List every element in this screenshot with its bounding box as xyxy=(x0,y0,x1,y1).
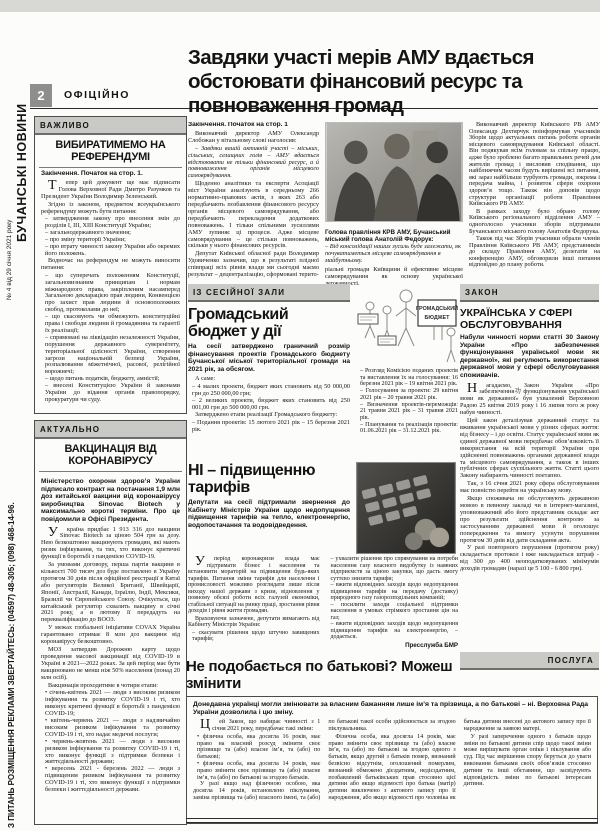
list-item: – Планування та реалізація проектів: 01.… xyxy=(356,422,458,435)
list-item: – спрямовані на ліквідацію незалежності … xyxy=(41,335,180,376)
list-item: – ухвалити рішення про спрямування на по… xyxy=(327,556,459,582)
ad-contact: З ПИТАНЬ РОЗМІЩЕННЯ РЕКЛАМИ ЗВЕРТАЙТЕСЬ:… xyxy=(7,502,16,828)
referendum-title: ВИБИРАТИМЕМО НА РЕФЕРЕНДУМІ xyxy=(39,135,182,168)
tariffs-lead: Депутати на сесії підтримали звернення д… xyxy=(188,499,350,529)
list-item: – вжити відповідних заходів щодо недопущ… xyxy=(327,582,459,602)
paragraph: У межах глобальної ініціативи COVAX Укра… xyxy=(41,625,180,646)
paper-name: БУЧАНСЬКІ НОВИНИ xyxy=(15,103,29,242)
language-law-article: ЗАКОН УКРАЇНСЬКА У СФЕРІ ОБСЛУГОВУВАННЯ … xyxy=(460,284,599,646)
paragraph: МОЗ затвердив Дорожню карту щодо проведе… xyxy=(41,647,180,682)
paragraph: Якщо споживача не обслуговують державною… xyxy=(460,496,599,544)
paragraph: Україна придбає 1 913 316 доз вакцини Si… xyxy=(41,527,180,562)
list-item: • вересень 2021 - березень 2022 — люди з… xyxy=(41,766,180,794)
list-item: – 2 великих проекти, бюджет яких станови… xyxy=(188,398,350,412)
paragraph: Затверджено етапи реалізації Громадськог… xyxy=(188,412,350,419)
paragraph: А саме: xyxy=(188,376,350,383)
budget-article: ІЗ СЕСІЙНОЇ ЗАЛИ Громадський бюджет у ді… xyxy=(188,284,458,460)
paragraph: Водночас на референдум не можуть виносит… xyxy=(41,258,180,272)
main-headline: Завдяки участі мерів АМУ вдається обстою… xyxy=(188,46,600,118)
patronymic-article: Не подобається по батькові? Можеш змінит… xyxy=(186,656,598,824)
calculator-photo xyxy=(356,462,456,554)
paragraph: В рамках заходу було обрано голову Київс… xyxy=(469,209,600,235)
list-item: – вжити відповідних заходів щодо недопущ… xyxy=(327,621,459,641)
budget-illustration: ГРОМАДСЬКИЙ БЮДЖЕТ xyxy=(356,284,458,368)
paragraph: Виконавчий директор Київського РВ АМУ Ол… xyxy=(469,122,600,208)
tariffs-article: НІ – підвищенню тарифів Депутати на сесі… xyxy=(188,462,458,656)
quote-paragraph: – Завдяки вашій активній участі – міськи… xyxy=(188,146,319,181)
budget-sign-line2: БЮДЖЕТ xyxy=(425,315,451,321)
budget-sign-line1: ГРОМАДСЬКИЙ xyxy=(416,304,458,312)
list-item: – внесені Конституцією України й законам… xyxy=(41,383,180,404)
continuation-note: Закінчення. Початок на стор. 1. xyxy=(41,171,180,178)
rubric-zakon: ЗАКОН xyxy=(460,284,599,302)
paragraph: За умовами договору, перша партія вакцин… xyxy=(41,562,180,624)
list-item: – Визначення проектів-переможців: 21 тра… xyxy=(356,402,458,422)
list-item: • фізична особа, яка досягла 14 років, м… xyxy=(193,761,320,781)
paragraph: У разі заперечення одного з батьків щодо… xyxy=(464,734,591,788)
rubric-session: ІЗ СЕСІЙНОЇ ЗАЛИ xyxy=(188,284,350,302)
paragraph: Цей закон деталізував державний статус т… xyxy=(460,418,599,480)
vaccination-title: ВАКЦИНАЦІЯ ВІД КОРОНАВІРУСУ xyxy=(39,439,182,472)
caption-quote: – Від консолідації наших зусиль буде зал… xyxy=(325,243,463,264)
scan-edge xyxy=(0,0,600,12)
paragraph: Тепер цей документ ще має підписати Голо… xyxy=(41,180,180,201)
vaccination-article: АКТУАЛЬНО ВАКЦИНАЦІЯ ВІД КОРОНАВІРУСУ Мі… xyxy=(34,420,187,825)
list-item: – скасувати рішення щодо штучно завищени… xyxy=(188,630,320,643)
list-item: – затвердження закону про внесення змін … xyxy=(41,216,180,230)
paragraph: Так, з 16 січня 2021 року сфера обслугов… xyxy=(460,481,599,495)
list-item: – Голосування за проекти: 29 квітня 2021… xyxy=(356,388,458,401)
paragraph: У разі повторного порушення (протягом ро… xyxy=(460,545,599,573)
list-item: • січень-квітень 2021 — люди з високим р… xyxy=(41,690,180,718)
meeting-photo xyxy=(325,122,463,222)
paragraph: Депутат Київської обласної ради Володими… xyxy=(188,251,319,279)
list-item: – Подання проектів: 15 лютого 2021 рік –… xyxy=(188,420,350,434)
section-label: ОФІЦІЙНО xyxy=(64,89,130,101)
paragraph: У період коронакризи влада має підтримат… xyxy=(188,556,320,615)
list-item: – що скасовують чи обмежують конституцій… xyxy=(41,314,180,335)
patronymic-title: Не подобається по батькові? Можеш змінит… xyxy=(186,658,486,692)
list-item: – 4 малих проекти, бюджет яких становить… xyxy=(188,384,350,398)
edition-info: № 4 від 29 січня 2021 року xyxy=(6,220,13,300)
newspaper-page: БУЧАНСЬКІ НОВИНИ № 4 від 29 січня 2021 р… xyxy=(0,0,600,831)
list-item: – посилити заходи соціальної підтримки н… xyxy=(327,602,459,622)
vaccination-lead: Міністерство охорони здоров’я України пі… xyxy=(41,478,180,524)
list-item: • квітень-червень 2021 — люди з надзвича… xyxy=(41,718,180,739)
budget-lead: На сесії затверджено граничний розмір фі… xyxy=(188,343,350,373)
list-item: • червень-жовтень 2021 — люди з високим … xyxy=(41,739,180,767)
list-item: – що суперечать положенням Конституції, … xyxy=(41,273,180,314)
language-law-title: УКРАЇНСЬКА У СФЕРІ ОБСЛУГОВУВАННЯ xyxy=(460,307,599,331)
paragraph: Також під час Зборів учасники обрали чле… xyxy=(469,236,600,269)
paragraph: Згідно із законом, предметом всеукраїнсь… xyxy=(41,202,180,216)
photo-caption: Голова правління КРВ АМУ, Бучанський міс… xyxy=(325,229,463,264)
caption-name: Голова правління КРВ АМУ, Бучанський міс… xyxy=(325,229,463,243)
tariffs-title: НІ – підвищенню тарифів xyxy=(188,462,350,496)
list-item: – Розгляд Комісією поданих проектів та в… xyxy=(356,368,458,388)
paragraph: Враховуючи зазначене, депутати вимагають… xyxy=(188,616,320,629)
amu-article: Закінчення. Початок на стор. 1 Виконавчи… xyxy=(188,122,600,310)
paragraph: Вакцинація проходитиме в чотири етапи: xyxy=(41,683,180,690)
rubric-vazhlyvo: ВАЖЛИВО xyxy=(35,117,186,135)
paragraph: Нагадаємо, Закон України «Про забезпечен… xyxy=(460,383,599,418)
paragraph: Щоденно аналітики та експерти Асоціації … xyxy=(188,181,319,250)
referendum-article: ВАЖЛИВО ВИБИРАТИМЕМО НА РЕФЕРЕНДУМІ Закі… xyxy=(34,116,187,414)
patronymic-lead: Донедавна українці могли змінювати за вл… xyxy=(193,701,591,716)
continuation-note: Закінчення. Початок на стор. 1 xyxy=(188,122,319,129)
bottom-divider xyxy=(186,818,598,823)
budget-title: Громадський бюджет у дії xyxy=(188,306,350,340)
list-item: • фізична особа, яка досягла 16 років, м… xyxy=(193,734,320,761)
paragraph: Виконавчий директор АМУ Олександр Слобож… xyxy=(188,131,319,145)
language-law-lead: Набули чинності норми статті 30 Закону У… xyxy=(460,334,599,380)
list-item: – про втрату чинності закону України або… xyxy=(41,244,180,258)
press-signature: Пресслужба БМР xyxy=(327,643,459,650)
page-number: 2 xyxy=(30,84,52,107)
rubric-aktualno: АКТУАЛЬНО xyxy=(35,421,186,439)
paragraph: Цей Закон, що набирає чинності з 1 січня… xyxy=(193,719,320,733)
